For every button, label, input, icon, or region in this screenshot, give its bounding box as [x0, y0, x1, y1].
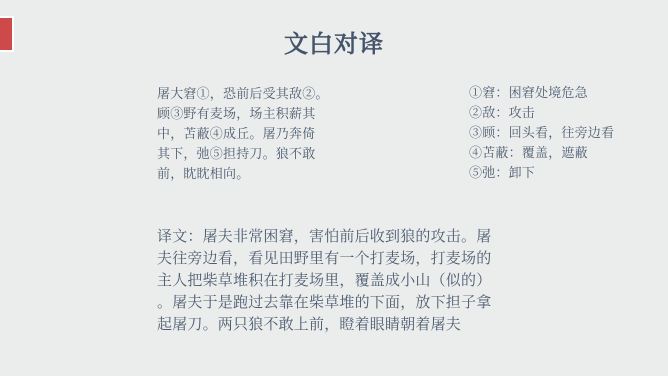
annotations-block: ①窘：困窘处境危急 ②敌：攻击 ③顾：回头看，往旁边看 ④苫蔽：覆盖，遮蔽 ⑤弛…	[469, 83, 614, 183]
annotation-item: ①窘：困窘处境危急	[469, 83, 614, 103]
classical-text-line: 其下，弛⑤担持刀。狼不敢	[157, 144, 329, 164]
page-title: 文白对译	[0, 30, 668, 60]
classical-text-line: 屠大窘①，恐前后受其敌②。	[157, 84, 329, 104]
annotation-item: ⑤弛：卸下	[469, 163, 614, 183]
translation-line: 译文：屠夫非常困窘，害怕前后收到狼的攻击。屠	[157, 226, 537, 248]
translation-block: 译文：屠夫非常困窘，害怕前后收到狼的攻击。屠 夫往旁边看，看见田野里有一个打麦场…	[157, 226, 537, 336]
translation-line: 主人把柴草堆积在打麦场里，覆盖成小山（似的）	[157, 270, 537, 292]
classical-text-line: 顾③野有麦场，场主积薪其	[157, 104, 329, 124]
classical-text-line: 中，苫蔽④成丘。屠乃奔倚	[157, 124, 329, 144]
classical-text-block: 屠大窘①，恐前后受其敌②。 顾③野有麦场，场主积薪其 中，苫蔽④成丘。屠乃奔倚 …	[157, 84, 329, 184]
slide: 文白对译 屠大窘①，恐前后受其敌②。 顾③野有麦场，场主积薪其 中，苫蔽④成丘。…	[0, 0, 668, 376]
translation-line: 。屠夫于是跑过去靠在柴草堆的下面，放下担子拿	[157, 292, 537, 314]
annotation-item: ④苫蔽：覆盖，遮蔽	[469, 143, 614, 163]
annotation-item: ②敌：攻击	[469, 103, 614, 123]
classical-text-line: 前，眈眈相向。	[157, 164, 329, 184]
translation-line: 夫往旁边看，看见田野里有一个打麦场，打麦场的	[157, 248, 537, 270]
translation-line: 起屠刀。两只狼不敢上前，瞪着眼睛朝着屠夫	[157, 314, 537, 336]
annotation-item: ③顾：回头看，往旁边看	[469, 123, 614, 143]
